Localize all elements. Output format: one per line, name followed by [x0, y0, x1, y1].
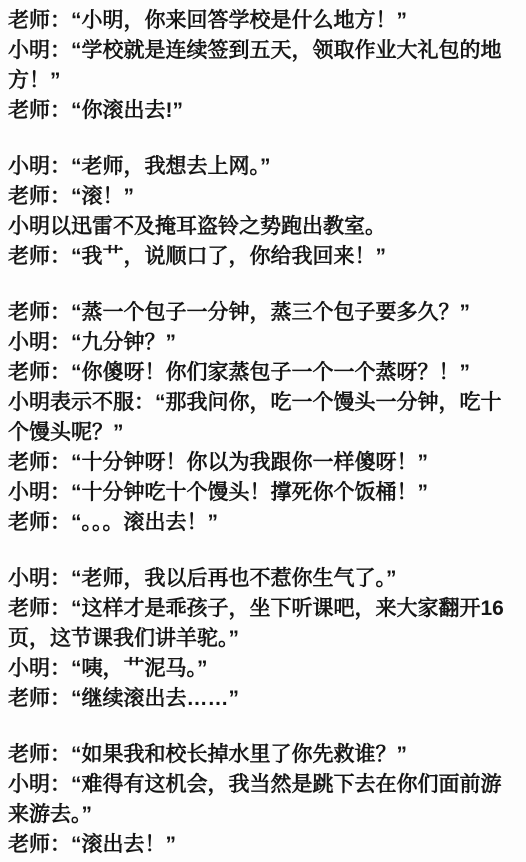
dialog-line: 小明：“十分钟吃十个馒头！撑死你个饭桶！” — [8, 478, 522, 508]
dialog-line: 小明：“九分钟？” — [8, 328, 522, 358]
dialog-line: 老师：“我艹，说顺口了，你给我回来！” — [8, 242, 522, 272]
joke-section-1: 老师：“小明，你来回答学校是什么地方！” 小明：“学校就是连续签到五天，领取作业… — [8, 6, 522, 126]
joke-section-2: 小明：“老师，我想去上网。” 老师：“滚！” 小明以迅雷不及掩耳盗铃之势跑出教室… — [8, 152, 522, 272]
dialog-line: 老师：“滚出去！” — [8, 830, 522, 860]
dialog-line: 小明：“难得有这机会，我当然是跳下去在你们面前游来游去。” — [8, 770, 522, 830]
dialog-line: 老师：“这样才是乖孩子，坐下听课吧，来大家翻开16页，这节课我们讲羊驼。” — [8, 594, 522, 654]
dialog-line: 老师：“蒸一个包子一分钟，蒸三个包子要多久？” — [8, 298, 522, 328]
dialog-line: 小明表示不服：“那我问你，吃一个馒头一分钟，吃十个馒头呢？” — [8, 388, 522, 448]
dialog-line: 老师：“十分钟呀！你以为我跟你一样傻呀！” — [8, 448, 522, 478]
joke-section-3: 老师：“蒸一个包子一分钟，蒸三个包子要多久？” 小明：“九分钟？” 老师：“你傻… — [8, 298, 522, 538]
joke-section-4: 小明：“老师，我以后再也不惹你生气了。” 老师：“这样才是乖孩子，坐下听课吧，来… — [8, 564, 522, 714]
dialog-line: 小明：“老师，我以后再也不惹你生气了。” — [8, 564, 522, 594]
dialog-line: 老师：“你傻呀！你们家蒸包子一个一个蒸呀？！” — [8, 358, 522, 388]
dialog-line: 老师：“继续滚出去……” — [8, 684, 522, 714]
joke-section-5: 老师：“如果我和校长掉水里了你先救谁？” 小明：“难得有这机会，我当然是跳下去在… — [8, 740, 522, 860]
dialog-line: 小明：“老师，我想去上网。” — [8, 152, 522, 182]
joke-text-page: 老师：“小明，你来回答学校是什么地方！” 小明：“学校就是连续签到五天，领取作业… — [0, 0, 526, 862]
dialog-line: 老师：“滚！” — [8, 182, 522, 212]
dialog-line: 小明：“学校就是连续签到五天，领取作业大礼包的地方！” — [8, 36, 522, 96]
dialog-line: 小明：“咦，艹泥马。” — [8, 654, 522, 684]
dialog-line: 老师：“你滚出去!” — [8, 96, 522, 126]
dialog-line: 老师：“如果我和校长掉水里了你先救谁？” — [8, 740, 522, 770]
dialog-line: 老师：“小明，你来回答学校是什么地方！” — [8, 6, 522, 36]
dialog-line: 老师：“。。。滚出去！” — [8, 508, 522, 538]
dialog-line: 小明以迅雷不及掩耳盗铃之势跑出教室。 — [8, 212, 522, 242]
